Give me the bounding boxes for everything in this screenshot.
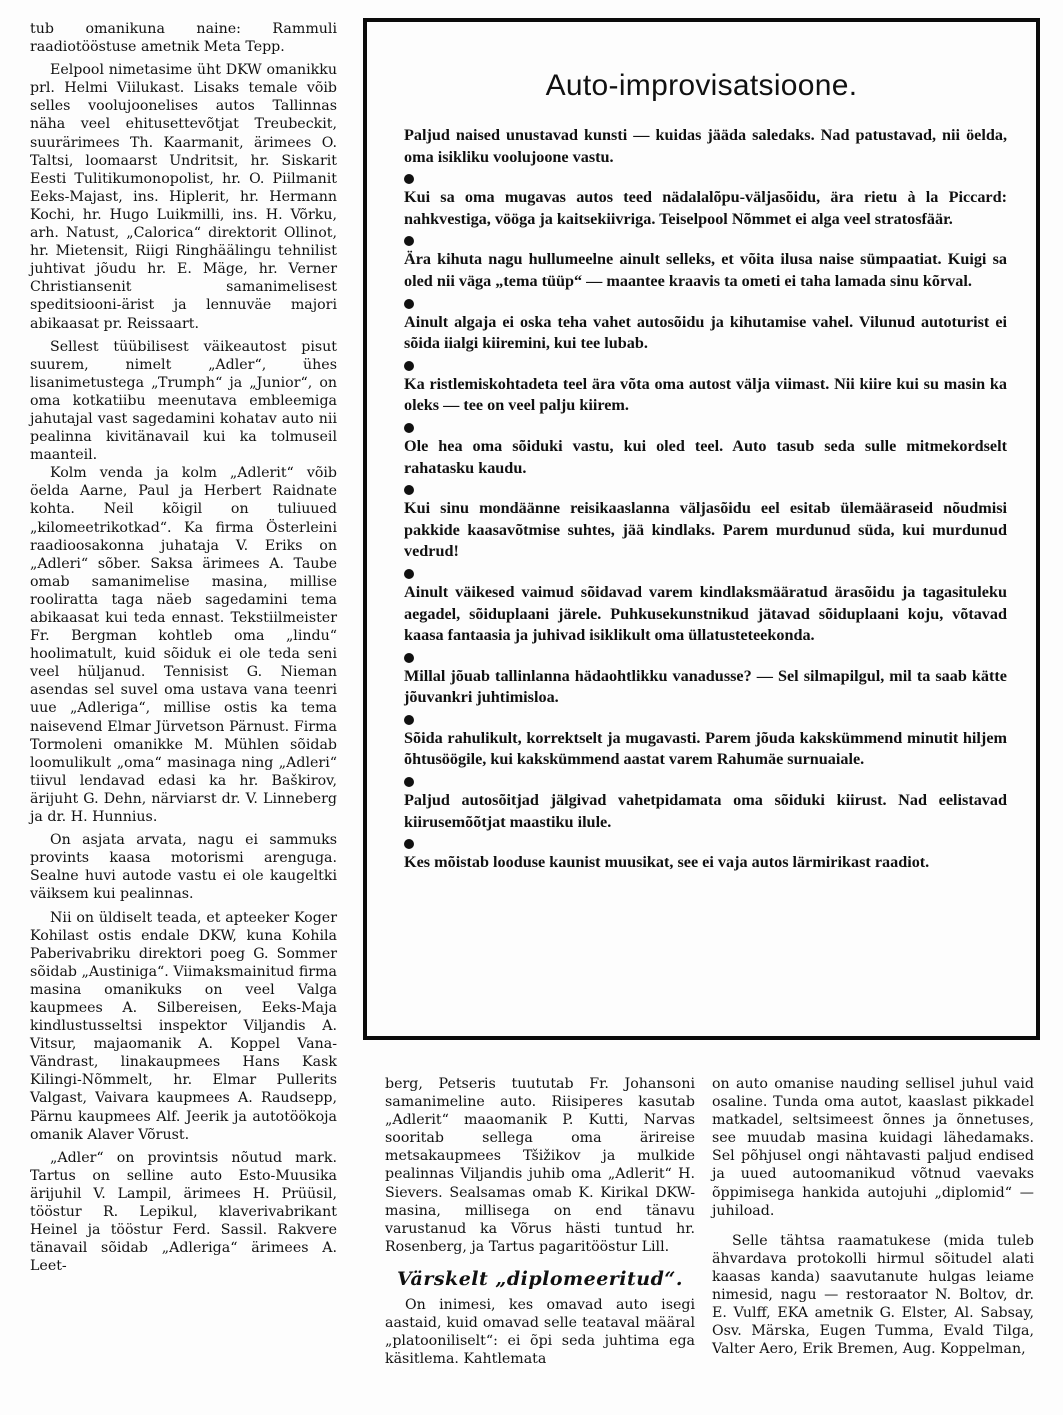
left-column: tub omanikuna naine: Rammuli raadiotööst… [30,20,337,1275]
paragraph: Sellest tüübilisest väikeautost pisut su… [30,338,337,465]
bullet-icon [404,653,414,663]
tip-item: Sõida rahulikult, korrektselt ja mugavas… [404,728,1007,771]
paragraph: On asjata arvata, nagu ei sammuks provin… [30,831,337,903]
paragraph: On inimesi, kes omavad auto isegi aastai… [385,1296,695,1368]
tip-item: Ka ristlemiskohtadeta teel ära võta oma … [404,374,1007,417]
middle-column: berg, Petseris tuututab Fr. Johansoni sa… [385,1075,695,1368]
tip-item: Kui sa oma mugavas autos teed nädalalõpu… [404,187,1007,230]
paragraph: berg, Petseris tuututab Fr. Johansoni sa… [385,1075,695,1256]
bullet-icon [404,569,414,579]
bullet-icon [404,485,414,495]
tip-item: Paljud naised unustavad kunsti — kuidas … [404,125,1007,168]
paragraph: Kolm venda ja kolm „Adlerit“ võib öelda … [30,464,337,826]
bullet-icon [404,236,414,246]
bullet-icon [404,777,414,787]
tips-list: Paljud naised unustavad kunsti — kuidas … [404,125,1007,874]
tip-item: Ära kihuta nagu hullumeelne ainult selle… [404,249,1007,292]
tip-item: Ole hea oma sõiduki vastu, kui oled teel… [404,436,1007,479]
paragraph: Eelpool nimetasime üht DKW omanikku prl.… [30,61,337,332]
subheading: Värskelt „diplomeeritud“. [385,1270,695,1288]
article-title: Auto-improvisatsioone. [367,69,1036,103]
boxed-article: Auto-improvisatsioone. Paljud naised unu… [363,18,1040,1040]
tip-item: Ainult algaja ei oska teha vahet autosõi… [404,312,1007,355]
tip-item: Ainult väikesed vaimud sõidavad varem ki… [404,582,1007,647]
paragraph: tub omanikuna naine: Rammuli raadiotööst… [30,20,337,56]
bullet-icon [404,423,414,433]
bullet-icon [404,174,414,184]
tip-item: Kes mõistab looduse kaunist muusikat, se… [404,852,1007,874]
tip-item: Millal jõuab tallinlanna hädaohtlikku va… [404,666,1007,709]
tip-item: Paljud autosõitjad jälgivad vahetpidamat… [404,790,1007,833]
bullet-icon [404,715,414,725]
bullet-icon [404,361,414,371]
right-column: on auto omanise nauding sellisel juhul v… [712,1075,1034,1358]
paragraph: Selle tähtsa raamatukese (mida tuleb ähv… [712,1232,1034,1359]
paragraph: „Adler“ on provintsis nõutud mark. Tartu… [30,1149,337,1276]
tip-item: Kui sinu mondäänne reisikaaslanna väljas… [404,498,1007,563]
bullet-icon [404,839,414,849]
paragraph: Nii on üldiselt teada, et apteeker Koger… [30,909,337,1144]
bullet-icon [404,299,414,309]
paragraph: on auto omanise nauding sellisel juhul v… [712,1075,1034,1220]
